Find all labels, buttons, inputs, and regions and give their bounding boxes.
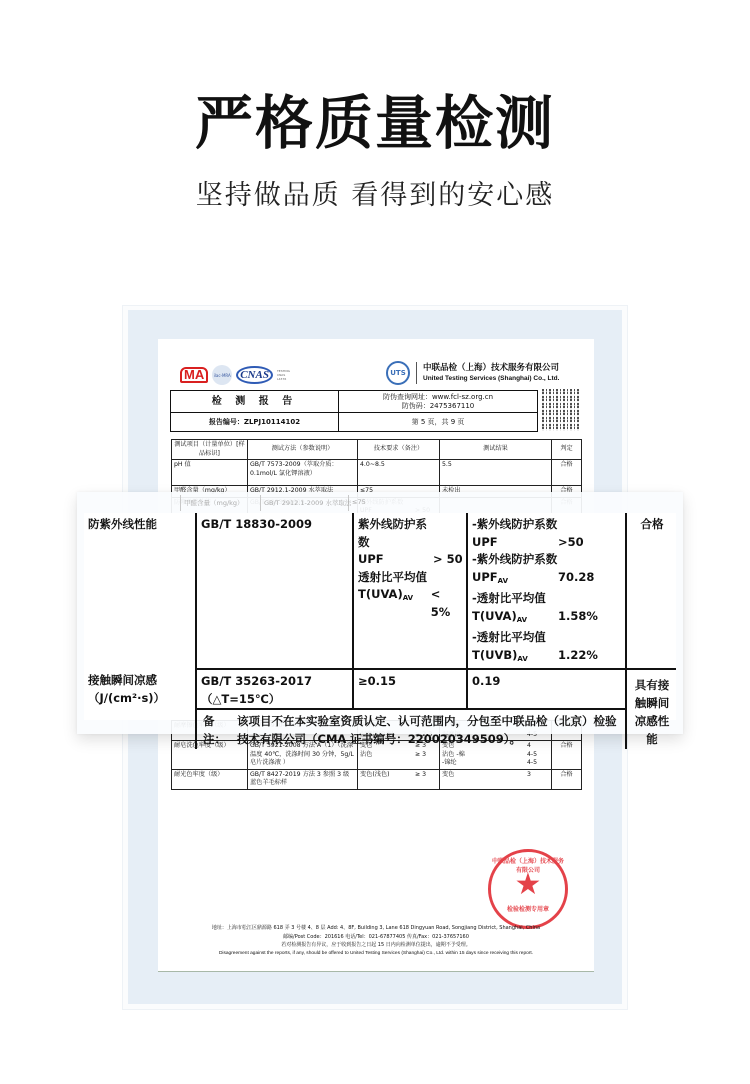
value-pair: 沾色≥ 3 xyxy=(360,751,437,760)
column-header: 判定 xyxy=(552,440,582,460)
official-seal-stamp: 中联品检（上海）技术服务有限公司 ★ 检验检测专用章 xyxy=(488,849,568,929)
value-pair: 紫外线防护系数 xyxy=(358,516,463,551)
uv-item: 防紫外线性能 xyxy=(84,513,196,669)
ilac-mra-logo-icon: ilac-MRA xyxy=(212,365,232,385)
page-indicator: 第 5 页，共 9 页 xyxy=(339,413,537,431)
company-name-en: United Testing Services (Shanghai) Co., … xyxy=(423,374,559,383)
value-pair: 透射比平均值 xyxy=(358,569,463,587)
column-header: 测试结果 xyxy=(440,440,552,460)
table-row: pH 值GB/T 7573-2009（萃取介质：0.1mol/L 氯化钾溶液）4… xyxy=(172,460,582,486)
table-row: 耐光色牢度（级）GB/T 8427-2019 方法 3 参照 3 级蓝色羊毛标样… xyxy=(172,769,582,789)
faded-formaldehyde-row: 甲醛含量（mg/kg） GB/T 2912.1-2009 水萃取法 ≤75 xyxy=(84,495,676,511)
report-info-box: 检 测 报 告 防伪查询网址：www.fcl-sz.org.cn防伪码：2475… xyxy=(170,390,538,432)
value-pair: 变色3 xyxy=(442,771,549,780)
cooling-result: 0.19 xyxy=(467,669,626,709)
cooling-remark: 备注： 该项目不在本实验室资质认定、认可范围内，分包至中联品检（北京）检验技术有… xyxy=(196,709,626,749)
page-subheadline: 坚持做品质 看得到的安心感 xyxy=(0,178,750,214)
company-header: UTS 中联品检（上海）技术服务有限公司 United Testing Serv… xyxy=(386,361,559,385)
footer-notice-en: Disagreement against the reports, if any… xyxy=(158,950,594,959)
magnified-table: 防紫外线性能 GB/T 18830-2009 紫外线防护系数UPF> 50透射比… xyxy=(84,513,676,749)
value-pair: T(UVB)AV1.22% xyxy=(472,647,622,669)
anti-fake-code: 防伪码：2475367110 xyxy=(402,402,475,410)
footer-notice-cn: 若对检测报告有异议，应于收到报告之日起 15 日内向检测单位提出，逾期不予受理。 xyxy=(158,941,594,950)
column-header: 测试项目（计量单位）[样品标识] xyxy=(172,440,248,460)
report-title: 检 测 报 告 xyxy=(171,391,339,413)
cooling-method: GB/T 35263-2017（△T=15℃） xyxy=(196,669,353,709)
magnified-detail-callout: 甲醛含量（mg/kg） GB/T 2912.1-2009 水萃取法 ≤75 防紫… xyxy=(77,492,683,734)
value-pair: T(UVA)AV1.58% xyxy=(472,608,622,630)
value-pair: 沾色 -棉4-5 xyxy=(442,751,549,760)
table-row-uv-protection: 防紫外线性能 GB/T 18830-2009 紫外线防护系数UPF> 50透射比… xyxy=(84,513,676,669)
value-pair: 变色(浅色)≥ 3 xyxy=(360,771,437,780)
table-row-cooling: 接触瞬间凉感（J/(cm²·s)） GB/T 35263-2017（△T=15℃… xyxy=(84,669,676,709)
value-pair: UPFAV70.28 xyxy=(472,569,622,591)
accreditation-logos: MA ilac-MRA CNAS TESTING CNAS L4376 xyxy=(180,363,291,387)
value-pair: T(UVA)AV< 5% xyxy=(358,586,463,621)
divider xyxy=(416,362,417,384)
value-pair: -透射比平均值 xyxy=(472,590,622,608)
uv-method: GB/T 18830-2009 xyxy=(196,513,353,669)
value-pair: UPF> 50 xyxy=(358,551,463,569)
uv-result: -紫外线防护系数UPF>50-紫外线防护系数UPFAV70.28-透射比平均值T… xyxy=(467,513,626,669)
column-header: 测试方法（参数说明） xyxy=(248,440,358,460)
anti-fake-site: 防伪查询网址：www.fcl-sz.org.cn xyxy=(383,393,493,401)
footer-address: 地址：上海市松江区鼎源路 618 弄 3 号楼 4、8 层 Add: 4、8F,… xyxy=(158,924,594,933)
qr-code-icon xyxy=(542,389,580,431)
page-headline: 严格质量检测 xyxy=(0,88,750,158)
table-header-row: 测试项目（计量单位）[样品标识]测试方法（参数说明）技术要求（备注）测试结果判定 xyxy=(172,440,582,460)
anti-fake-info: 防伪查询网址：www.fcl-sz.org.cn防伪码：2475367110 xyxy=(339,391,537,413)
value-pair: -紫外线防护系数 xyxy=(472,516,622,534)
report-footer: 地址：上海市松江区鼎源路 618 弄 3 号楼 4、8 层 Add: 4、8F,… xyxy=(158,924,594,958)
value-pair: -透射比平均值 xyxy=(472,629,622,647)
value-pair: -锦纶4-5 xyxy=(442,759,549,768)
column-header: 技术要求（备注） xyxy=(358,440,440,460)
uv-requirement: 紫外线防护系数UPF> 50透射比平均值T(UVA)AV< 5% xyxy=(353,513,467,669)
uv-verdict: 合格 xyxy=(626,513,676,669)
cnas-caption: TESTING CNAS L4376 xyxy=(277,369,291,381)
cooling-verdict: 具有接触瞬间凉感性能 xyxy=(626,669,676,749)
stamp-bottom-text: 检验检测专用章 xyxy=(491,904,565,913)
cooling-requirement: ≥0.15 xyxy=(353,669,467,709)
company-name-cn: 中联品检（上海）技术服务有限公司 xyxy=(423,363,559,374)
value-pair: UPF>50 xyxy=(472,534,622,552)
cma-logo-icon: MA xyxy=(180,367,208,383)
cnas-logo-icon: CNAS xyxy=(236,366,273,384)
star-icon: ★ xyxy=(491,868,565,902)
uts-logo-icon: UTS xyxy=(386,361,410,385)
report-number: 报告编号：ZLPJ10114102 xyxy=(171,413,339,431)
value-pair: -紫外线防护系数 xyxy=(472,551,622,569)
footer-contact: 邮编/Post Code：201616 电话/Tel：021-67877405 … xyxy=(158,933,594,942)
cooling-item: 接触瞬间凉感（J/(cm²·s)） xyxy=(84,669,196,749)
